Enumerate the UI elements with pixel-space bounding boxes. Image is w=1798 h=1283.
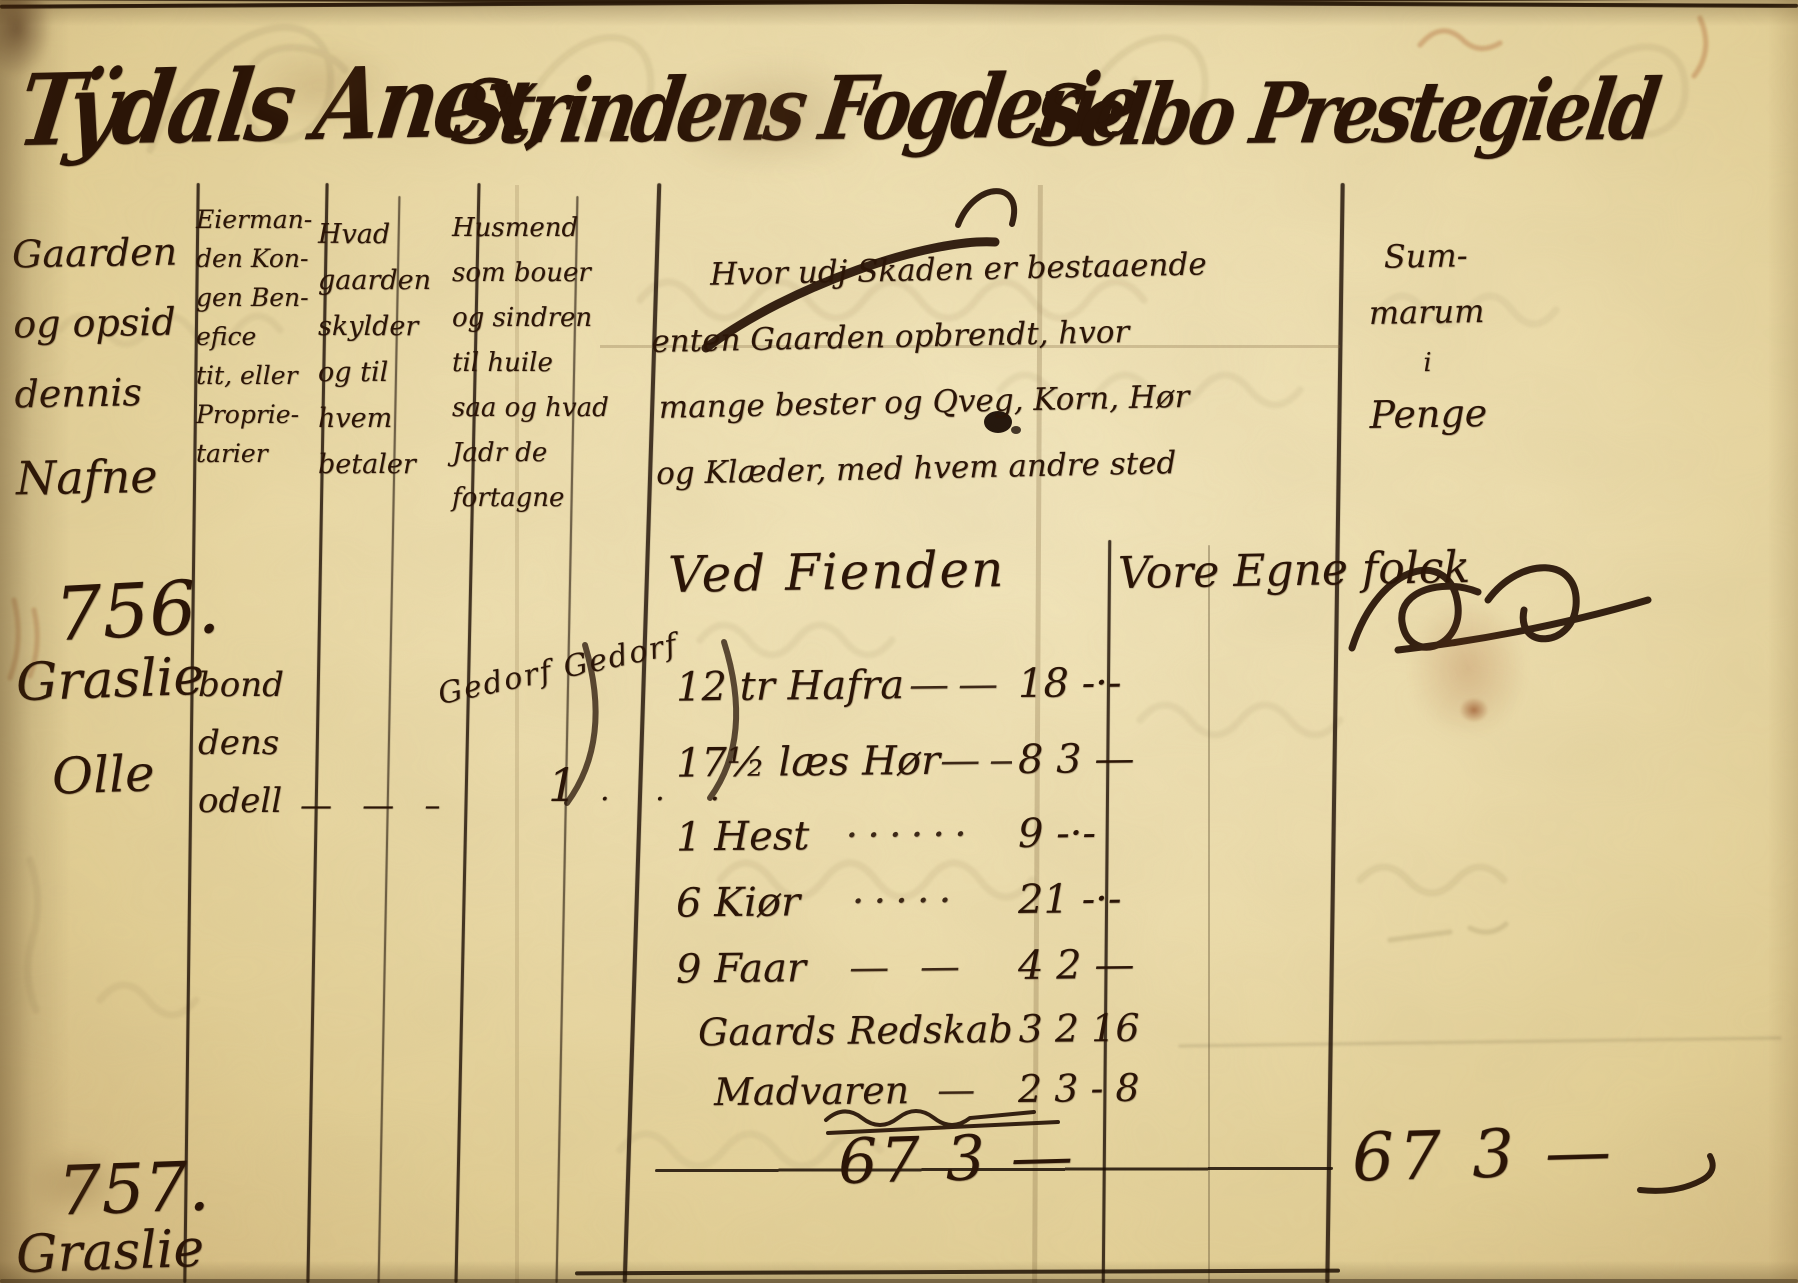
header-curl: [958, 191, 1014, 225]
column-header-farm: Gaarden og opsid dennis Nafne: [11, 217, 181, 514]
husmend-header-line: som bouer: [452, 251, 627, 296]
manuscript-page: { "doc": { "title_parts": ["Tÿdals Anex,…: [0, 0, 1798, 1283]
item-value: 18 -·-: [1012, 659, 1168, 707]
item-value: 2 3 - 8: [1012, 1065, 1168, 1111]
subcolumn-header-own-people: Vore Egne folck: [1118, 542, 1471, 599]
item-value: 3 2 16: [1012, 1005, 1168, 1051]
leader-dots: · · ·: [600, 782, 738, 817]
item-label: 1 Hest: [676, 813, 810, 860]
skyld-header-line: Hvad: [318, 212, 444, 258]
damage-item: 17½ læs Hør —— 8 3 —: [676, 735, 1168, 786]
owner-header-line: efice: [196, 317, 308, 356]
summa-header-line: Sum-: [1340, 227, 1511, 286]
owner-leader-dash: — — –: [300, 786, 450, 824]
column-header-damage: Hvor udj Skaden er bestaaende enten Gaar…: [645, 229, 1330, 507]
subcolumn-header-enemy: Ved Fienden: [668, 540, 1006, 604]
item-label: 6 Kiør: [676, 879, 801, 926]
summa-header-line: Penge: [1343, 385, 1514, 444]
summa-total-hook: [1640, 1156, 1713, 1191]
item-leader: ——: [940, 737, 1012, 784]
husmend-header-line: Husmend: [452, 206, 627, 251]
column-header-owner: Eierman- den Kon- gen Ben- efice tit, el…: [196, 200, 308, 473]
owner-header-line: tarier: [196, 434, 308, 473]
damage-item: 1 Hest ······ 9 -·-: [676, 809, 1168, 860]
farm-header-line: Gaarden: [11, 217, 177, 290]
damage-item: 9 Faar — — 4 2 —: [676, 941, 1168, 992]
owner-header-line: tit, eller: [196, 356, 308, 395]
farm-header-line: Nafne: [15, 441, 181, 514]
damage-item: 12 tr Hafra —— 18 -·-: [676, 659, 1168, 710]
summa-header-line: i: [1342, 339, 1513, 388]
item-value: 21 -·-: [1012, 875, 1168, 923]
summa-total: 67 3 —: [1351, 1113, 1617, 1197]
item-leader: ······: [809, 811, 1012, 859]
skyld-header-line: hvem: [318, 396, 444, 442]
summa-header-line: marum: [1341, 283, 1512, 342]
husmend-header-line: til huile: [452, 341, 627, 386]
item-label: Gaards Redskab: [698, 1007, 1013, 1054]
farm-name: Graslie: [15, 647, 205, 714]
item-label: Madvaren: [714, 1068, 910, 1114]
damage-item: Gaards Redskab 3 2 16: [676, 1005, 1168, 1054]
damage-item: 6 Kiør ····· 21 -·-: [676, 875, 1168, 926]
column-header-skyld: Hvad gaarden skylder og til hvem betaler: [318, 212, 444, 488]
farm-header-line: dennis: [14, 357, 180, 430]
skyld-value: 1: [548, 758, 577, 812]
owner-header-line: den Kon-: [196, 239, 308, 278]
damage-item: Madvaren — 2 3 - 8: [676, 1065, 1168, 1114]
owner-header-line: Proprie-: [196, 395, 308, 434]
item-label: 17½ læs Hør: [676, 738, 941, 787]
item-value: 8 3 —: [1012, 735, 1168, 783]
husmend-header-line: og sindren: [452, 296, 627, 341]
item-label: 9 Faar: [676, 945, 807, 992]
item-value: 4 2 —: [1012, 941, 1168, 989]
item-leader: ·····: [800, 877, 1012, 925]
farm-number: 756.: [53, 564, 222, 659]
owner-header-line: Eierman-: [196, 200, 308, 239]
owner-note: bond dens odell: [198, 656, 284, 830]
item-leader: —: [909, 1067, 1012, 1112]
skyld-header-line: gaarden: [318, 258, 444, 304]
husmend-header-line: Jadr de: [452, 431, 627, 476]
occupant-name: Olle: [51, 744, 156, 806]
item-leader: ——: [904, 661, 1012, 708]
column-header-husmend: Husmend som bouer og sindren til huile s…: [452, 206, 627, 521]
farm-header-line: og opsid: [13, 287, 179, 360]
item-leader: — —: [806, 943, 1012, 991]
owner-header-line: gen Ben-: [196, 278, 308, 317]
skyld-header-line: betaler: [318, 442, 444, 488]
item-label: 12 tr Hafra: [676, 662, 905, 710]
owner-note-line: bond: [198, 656, 284, 714]
owner-note-line: odell: [198, 772, 284, 830]
column-header-summa: Sum- marum i Penge: [1340, 227, 1514, 444]
farm-name: Graslie: [15, 1219, 205, 1283]
husmend-header-line: fortagne: [452, 476, 627, 521]
skyld-header-line: skylder: [318, 304, 444, 350]
skyld-header-line: og til: [318, 350, 444, 396]
husmend-header-line: saa og hvad: [452, 386, 627, 431]
title-part-3: Selbo Prestegield: [1027, 60, 1663, 166]
item-value: 9 -·-: [1012, 809, 1168, 857]
owner-note-line: dens: [198, 714, 284, 772]
enemy-damage-total: 67 3 —: [837, 1119, 1077, 1198]
